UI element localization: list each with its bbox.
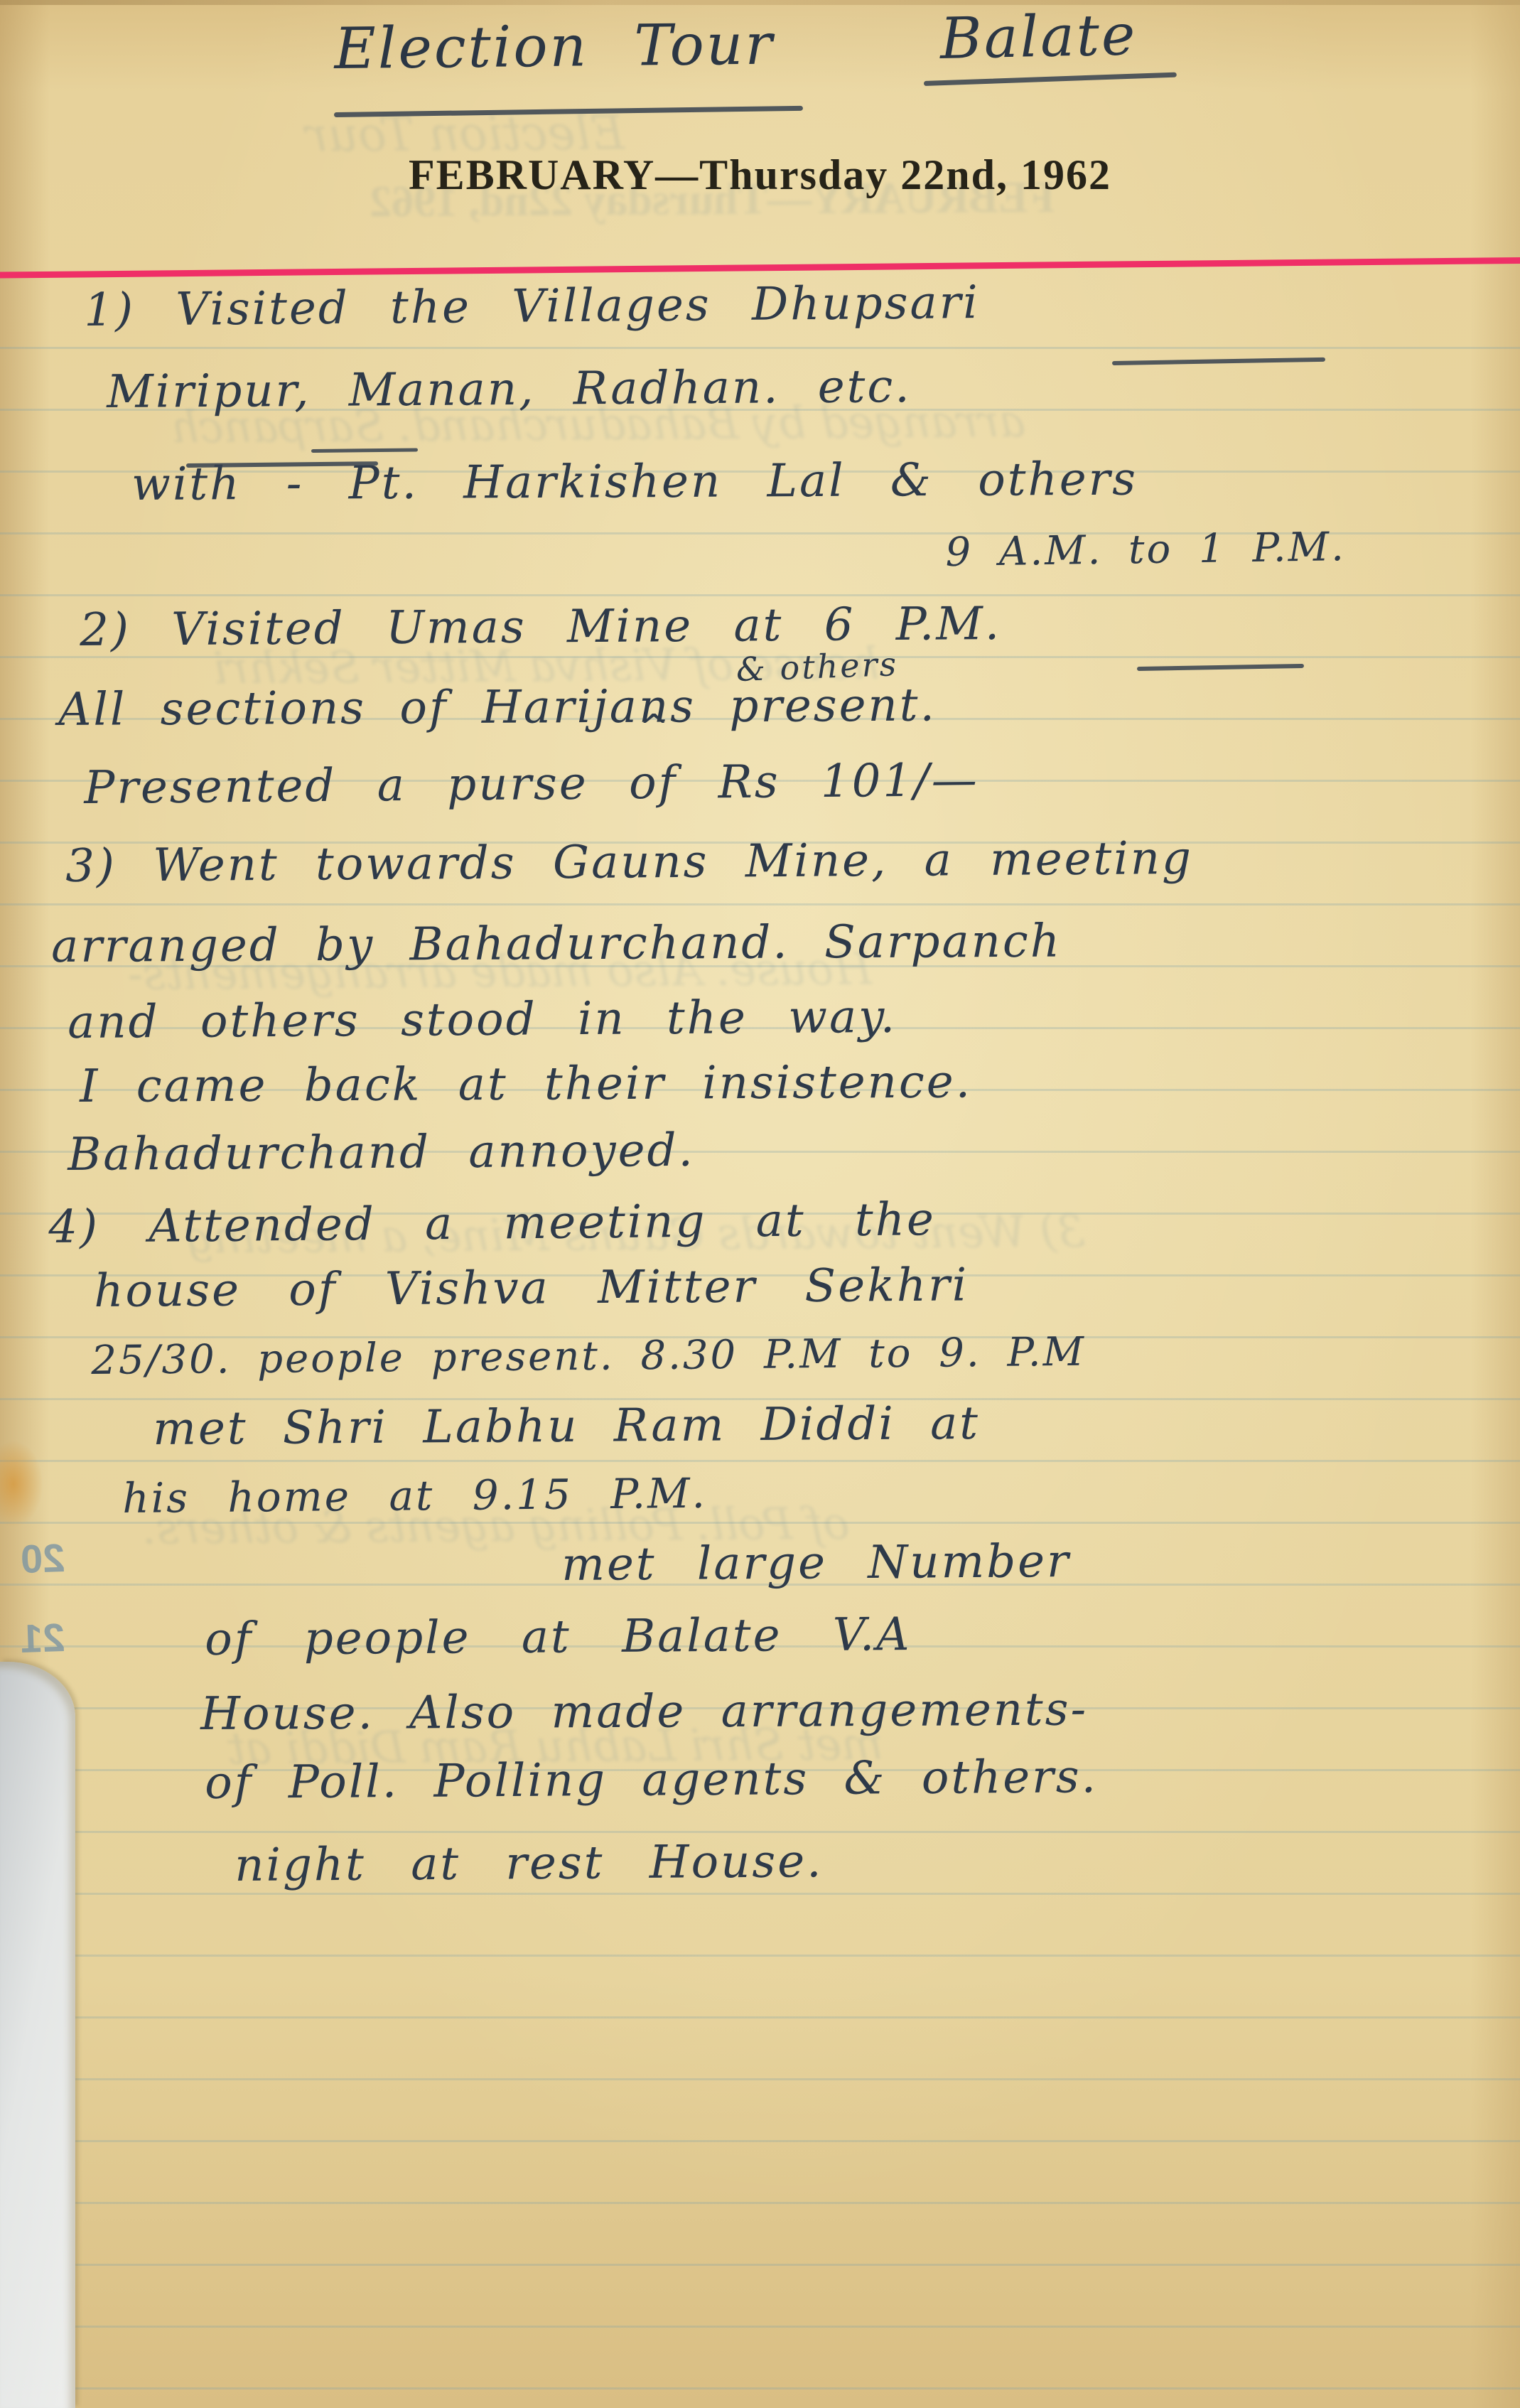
printed-date-header: FEBRUARY—Thursday 22nd, 1962 (0, 151, 1520, 200)
diary-line: house of Vishva Mitter Sekhri (94, 1259, 969, 1318)
diary-line: of Poll. Polling agents & others. (205, 1751, 1098, 1810)
diary-line: Bahadurchand annoyed. (68, 1124, 695, 1181)
margin-page-number: 21 (14, 1614, 72, 1662)
diary-line: 3) Went towards Gauns Mine, a meeting (65, 832, 1193, 893)
paper-stain (0, 1441, 43, 1527)
margin-page-number: 20 (14, 1534, 72, 1583)
diary-line: 4) Attended a meeting at the (48, 1193, 936, 1254)
diary-line: met Shri Labhu Ram Diddi at (153, 1397, 980, 1456)
diary-line: 25/30. people present. 8.30 P.M to 9. P.… (91, 1329, 1086, 1384)
diary-line: night at rest House. (235, 1835, 824, 1892)
underline-stroke (924, 72, 1177, 86)
underline-stroke (311, 448, 418, 453)
diary-line: 1) Visited the Villages Dhupsari (84, 276, 980, 337)
diary-line: of people at Balate V.A (205, 1608, 912, 1666)
diary-page-scan: { "diary": { "title_left": "Election Tou… (0, 0, 1520, 2408)
diary-line: 9 A.M. to 1 P.M. (945, 524, 1346, 576)
inserted-words: & others (735, 645, 899, 689)
clipped-corner-underlay (0, 1662, 75, 2408)
diary-line: I came back at their insistence. (80, 1055, 972, 1113)
handwritten-title: Election Tour (334, 11, 775, 82)
diary-line: and others stood in the way. (68, 991, 897, 1049)
handwritten-title-location: Balate (939, 1, 1138, 72)
diary-line: met large Number (561, 1535, 1071, 1591)
diary-line: his home at 9.15 P.M. (122, 1469, 707, 1522)
scan-top-edge (0, 0, 1520, 5)
pink-rule-line (0, 257, 1520, 278)
underline-stroke (1137, 664, 1304, 671)
underline-stroke (1112, 358, 1325, 365)
insertion-caret: ^ (640, 707, 670, 747)
diary-line: All sections of Harijans present. (58, 679, 937, 736)
diary-line: Miripur, Manan, Radhan. etc. (107, 360, 912, 419)
diary-line: House. Also made arrangements- (200, 1683, 1088, 1741)
diary-line: arranged by Bahadurchand. Sarpanch (51, 915, 1062, 973)
diary-line: Presented a purse of Rs 101/— (84, 754, 979, 815)
